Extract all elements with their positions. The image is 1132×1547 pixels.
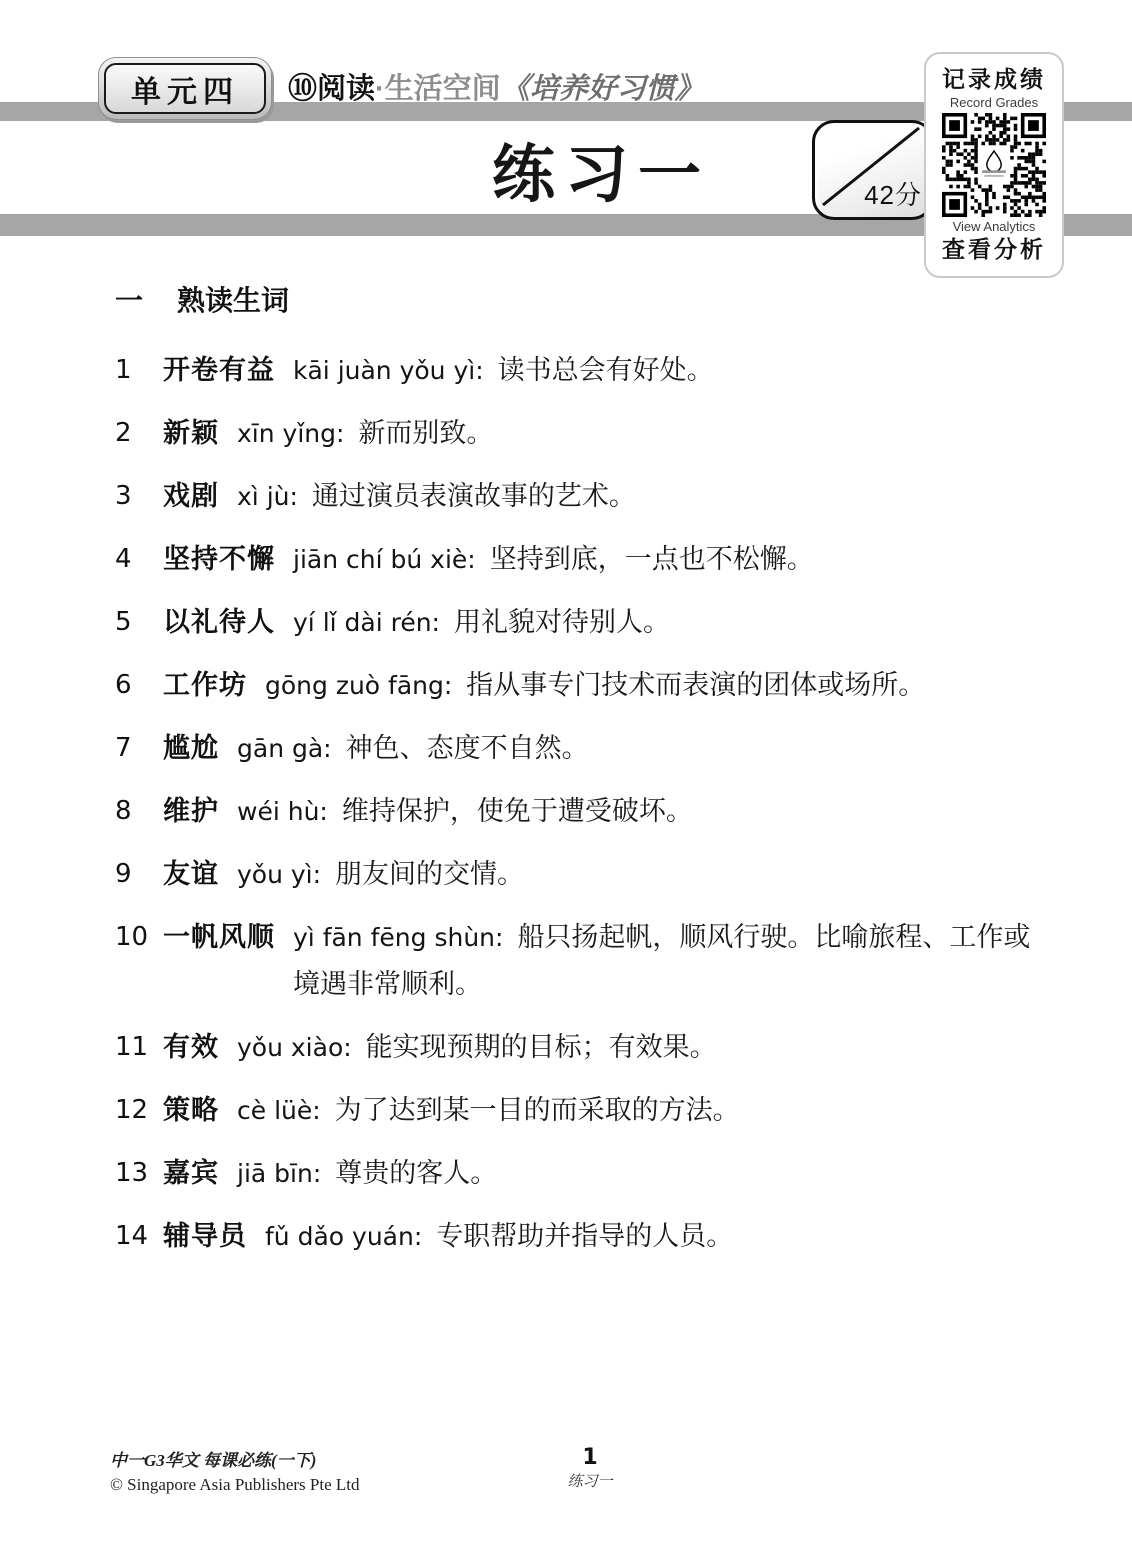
vocab-number: 13 bbox=[115, 1150, 163, 1197]
vocab-definition: 通过演员表演故事的艺术。 bbox=[312, 481, 636, 512]
vocab-row: 8 维护 wéi hù:维持保护，使免于遭受破坏。 bbox=[115, 788, 1035, 835]
vocab-entry-text: yì fān fēng shùn:船只扬起帆，顺风行驶。比喻旅程、工作或境遇非常… bbox=[293, 914, 1035, 1008]
vocab-entry-text: jiā bīn:尊贵的客人。 bbox=[237, 1150, 1035, 1197]
vocab-number: 7 bbox=[115, 725, 163, 772]
vocab-term: 坚持不懈 bbox=[163, 536, 275, 583]
vocab-definition: 新而别致。 bbox=[358, 418, 493, 449]
vocab-row: 14 辅导员 fǔ dǎo yuán:专职帮助并指导的人员。 bbox=[115, 1213, 1035, 1260]
vocab-pinyin: jiā bīn: bbox=[237, 1159, 321, 1188]
score-total: 42分 bbox=[864, 175, 922, 212]
vocab-term: 辅导员 bbox=[163, 1213, 247, 1260]
vocab-term: 戏剧 bbox=[163, 473, 219, 520]
unit-badge-label: 单元四 bbox=[104, 63, 266, 114]
vocab-entry-text: wéi hù:维持保护，使免于遭受破坏。 bbox=[237, 788, 1035, 835]
vocab-entry-text: kāi juàn yǒu yì:读书总会有好处。 bbox=[293, 347, 1035, 394]
vocab-pinyin: cè lüè: bbox=[237, 1096, 321, 1125]
vocab-definition: 坚持到底，一点也不松懈。 bbox=[490, 544, 814, 575]
qr-top-label-en: Record Grades bbox=[950, 96, 1038, 110]
qr-bottom-label-en: View Analytics bbox=[953, 220, 1036, 234]
vocab-row: 6 工作坊 gōng zuò fāng:指从事专门技术而表演的团体或场所。 bbox=[115, 662, 1035, 709]
vocab-pinyin: jiān chí bú xiè: bbox=[293, 545, 476, 574]
qr-logo bbox=[978, 147, 1010, 181]
vocab-number: 1 bbox=[115, 347, 163, 394]
footer-page: 1 练习一 bbox=[538, 1446, 642, 1491]
vocab-term: 一帆风顺 bbox=[163, 914, 275, 961]
vocab-pinyin: gān gà: bbox=[237, 734, 332, 763]
vocab-definition: 用礼貌对待别人。 bbox=[454, 607, 670, 638]
score-box: 42分 bbox=[812, 120, 934, 220]
vocab-row: 13 嘉宾 jiā bīn:尊贵的客人。 bbox=[115, 1150, 1035, 1197]
vocab-definition: 指从事专门技术而表演的团体或场所。 bbox=[466, 670, 925, 701]
vocab-term: 维护 bbox=[163, 788, 219, 835]
vocab-number: 14 bbox=[115, 1213, 163, 1260]
vocab-pinyin: yǒu xiào: bbox=[237, 1033, 352, 1062]
vocab-term: 以礼待人 bbox=[163, 599, 275, 646]
vocab-entry-text: gōng zuò fāng:指从事专门技术而表演的团体或场所。 bbox=[265, 662, 1035, 709]
vocab-row: 3 戏剧 xì jù:通过演员表演故事的艺术。 bbox=[115, 473, 1035, 520]
vocab-entry-text: jiān chí bú xiè:坚持到底，一点也不松懈。 bbox=[293, 536, 1035, 583]
vocab-entry-text: yǒu yì:朋友间的交情。 bbox=[237, 851, 1035, 898]
vocab-number: 12 bbox=[115, 1087, 163, 1134]
vocab-number: 9 bbox=[115, 851, 163, 898]
vocab-row: 11 有效 yǒu xiào:能实现预期的目标；有效果。 bbox=[115, 1024, 1035, 1071]
vocab-pinyin: xīn yǐng: bbox=[237, 419, 344, 448]
vocab-number: 6 bbox=[115, 662, 163, 709]
vocab-number: 11 bbox=[115, 1024, 163, 1071]
vocab-pinyin: yì fān fēng shùn: bbox=[293, 923, 503, 952]
vocab-number: 10 bbox=[115, 914, 163, 961]
vocab-term: 有效 bbox=[163, 1024, 219, 1071]
unit-badge: 单元四 bbox=[98, 57, 272, 120]
section-heading: 一 熟读生词 bbox=[115, 283, 1035, 319]
vocab-row: 10 一帆风顺 yì fān fēng shùn:船只扬起帆，顺风行驶。比喻旅程… bbox=[115, 914, 1035, 1008]
section-number: 一 bbox=[115, 283, 177, 319]
vocab-entry-text: fǔ dǎo yuán:专职帮助并指导的人员。 bbox=[265, 1213, 1035, 1260]
vocab-term: 尴尬 bbox=[163, 725, 219, 772]
vocab-row: 4 坚持不懈 jiān chí bú xiè:坚持到底，一点也不松懈。 bbox=[115, 536, 1035, 583]
vocab-row: 5 以礼待人 yí lǐ dài rén:用礼貌对待别人。 bbox=[115, 599, 1035, 646]
workbook-page: 单元四 ⑩阅读·生活空间《培养好习惯》 练习一 42分 记录成绩 Record … bbox=[0, 0, 1132, 1547]
vocab-definition: 读书总会有好处。 bbox=[498, 355, 714, 386]
vocab-pinyin: gōng zuò fāng: bbox=[265, 671, 452, 700]
vocab-entry-text: yǒu xiào:能实现预期的目标；有效果。 bbox=[237, 1024, 1035, 1071]
vocab-row: 1 开卷有益 kāi juàn yǒu yì:读书总会有好处。 bbox=[115, 347, 1035, 394]
qr-code-icon bbox=[942, 113, 1046, 217]
footer-copyright: © Singapore Asia Publishers Pte Ltd bbox=[110, 1473, 360, 1497]
section-title: 熟读生词 bbox=[177, 283, 289, 319]
lesson-theme: ·生活空间 bbox=[375, 73, 501, 105]
lesson-title: ⑩阅读·生活空间《培养好习惯》 bbox=[288, 66, 704, 107]
vocab-term: 策略 bbox=[163, 1087, 219, 1134]
qr-top-label-zh: 记录成绩 bbox=[942, 67, 1046, 92]
page-title: 练习一 bbox=[492, 124, 711, 215]
lesson-number-reading: ⑩阅读 bbox=[288, 73, 375, 105]
vocab-pinyin: yí lǐ dài rén: bbox=[293, 608, 440, 637]
footer-book-info: 中一G3华文 每课必练(一下) bbox=[110, 1449, 360, 1473]
vocab-entry-text: xīn yǐng:新而别致。 bbox=[237, 410, 1035, 457]
footer-publisher: 中一G3华文 每课必练(一下) © Singapore Asia Publish… bbox=[110, 1449, 360, 1497]
vocab-pinyin: kāi juàn yǒu yì: bbox=[293, 356, 484, 385]
vocab-term: 友谊 bbox=[163, 851, 219, 898]
vocab-list: 1 开卷有益 kāi juàn yǒu yì:读书总会有好处。 2 新颖 xīn… bbox=[115, 347, 1035, 1260]
vocab-number: 3 bbox=[115, 473, 163, 520]
vocab-definition: 专职帮助并指导的人员。 bbox=[436, 1221, 733, 1252]
vocab-term: 工作坊 bbox=[163, 662, 247, 709]
vocab-definition: 神色、态度不自然。 bbox=[346, 733, 589, 764]
vocab-definition: 为了达到某一目的而采取的方法。 bbox=[335, 1095, 740, 1126]
qr-bottom-label-zh: 查看分析 bbox=[942, 237, 1046, 262]
vocab-row: 12 策略 cè lüè:为了达到某一目的而采取的方法。 bbox=[115, 1087, 1035, 1134]
vocab-term: 新颖 bbox=[163, 410, 219, 457]
vocab-pinyin: fǔ dǎo yuán: bbox=[265, 1222, 422, 1251]
vocab-definition: 尊贵的客人。 bbox=[335, 1158, 497, 1189]
vocab-number: 2 bbox=[115, 410, 163, 457]
vocab-definition: 能实现预期的目标；有效果。 bbox=[366, 1032, 717, 1063]
vocab-definition: 朋友间的交情。 bbox=[335, 859, 524, 890]
vocab-number: 8 bbox=[115, 788, 163, 835]
vocab-entry-text: cè lüè:为了达到某一目的而采取的方法。 bbox=[237, 1087, 1035, 1134]
vocab-pinyin: wéi hù: bbox=[237, 797, 328, 826]
vocab-row: 2 新颖 xīn yǐng:新而别致。 bbox=[115, 410, 1035, 457]
page-number: 1 bbox=[538, 1446, 642, 1470]
vocab-entry-text: yí lǐ dài rén:用礼貌对待别人。 bbox=[293, 599, 1035, 646]
page-label: 练习一 bbox=[538, 1470, 642, 1491]
vocab-section: 一 熟读生词 1 开卷有益 kāi juàn yǒu yì:读书总会有好处。 2… bbox=[115, 283, 1035, 1276]
lesson-book-title: 《培养好习惯》 bbox=[501, 73, 704, 105]
vocab-term: 开卷有益 bbox=[163, 347, 275, 394]
vocab-entry-text: xì jù:通过演员表演故事的艺术。 bbox=[237, 473, 1035, 520]
vocab-pinyin: xì jù: bbox=[237, 482, 298, 511]
vocab-row: 9 友谊 yǒu yì:朋友间的交情。 bbox=[115, 851, 1035, 898]
vocab-pinyin: yǒu yì: bbox=[237, 860, 321, 889]
vocab-number: 4 bbox=[115, 536, 163, 583]
vocab-definition: 维持保护，使免于遭受破坏。 bbox=[342, 796, 693, 827]
vocab-entry-text: gān gà:神色、态度不自然。 bbox=[237, 725, 1035, 772]
vocab-number: 5 bbox=[115, 599, 163, 646]
qr-panel: 记录成绩 Record Grades View Analytics 查看分析 bbox=[924, 52, 1064, 278]
vocab-row: 7 尴尬 gān gà:神色、态度不自然。 bbox=[115, 725, 1035, 772]
vocab-term: 嘉宾 bbox=[163, 1150, 219, 1197]
